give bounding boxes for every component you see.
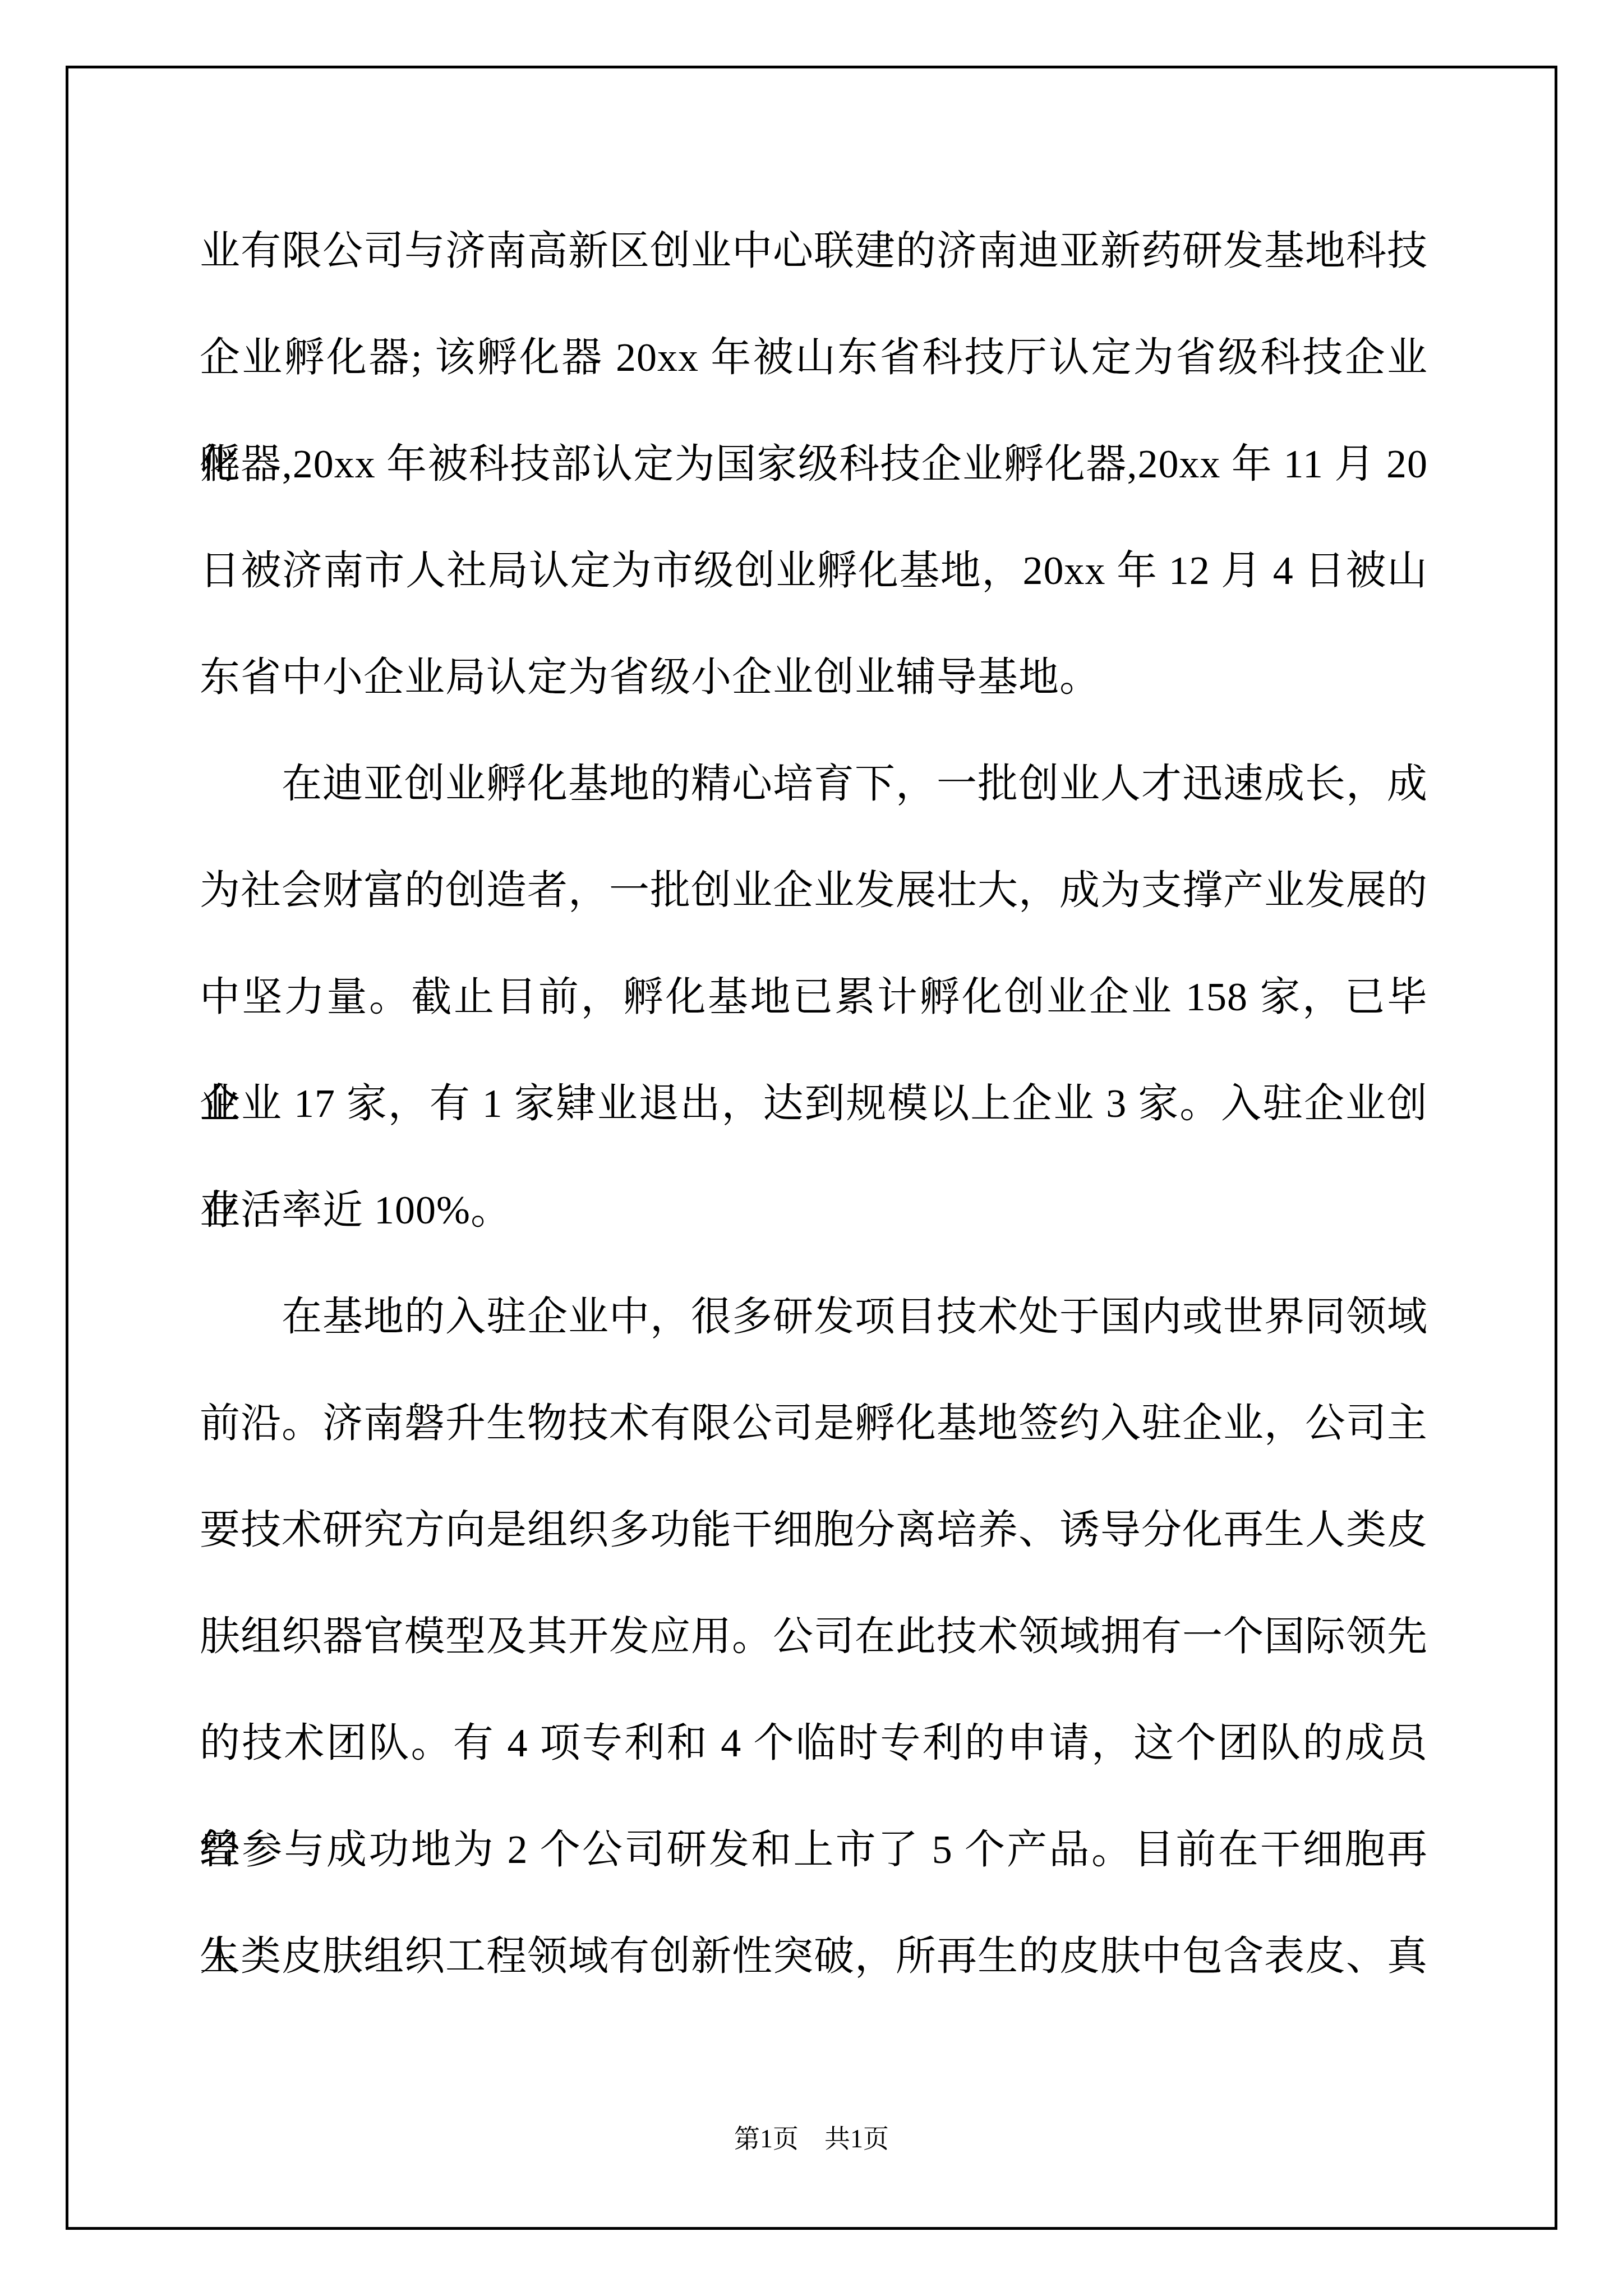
text-line: 东省中小企业局认定为省级小企业创业辅导基地。 (200, 624, 1428, 730)
text-line: 要技术研究方向是组织多功能干细胞分离培养、诱导分化再生人类皮 (200, 1476, 1428, 1583)
text-line: 日被济南市人社局认定为市级创业孵化基地，20xx 年 12 月 4 日被山 (200, 517, 1428, 624)
text-line: 业有限公司与济南高新区创业中心联建的济南迪亚新药研发基地科技 (200, 197, 1428, 304)
text-line: 前沿。济南磐升生物技术有限公司是孵化基地签约入驻企业，公司主 (200, 1370, 1428, 1476)
footer-page-total: 共1页 (824, 2124, 889, 2153)
document-page: 业有限公司与济南高新区创业中心联建的济南迪亚新药研发基地科技企业孵化器; 该孵化… (0, 0, 1623, 2296)
document-body-text: 业有限公司与济南高新区创业中心联建的济南迪亚新药研发基地科技企业孵化器; 该孵化… (200, 197, 1428, 2009)
page-footer: 第1页共1页 (66, 2119, 1557, 2159)
text-line: 化器,20xx 年被科技部认定为国家级科技企业孵化器,20xx 年 11 月 2… (200, 411, 1428, 517)
footer-page-number: 第1页 (734, 2124, 799, 2153)
text-line: 的技术团队。有 4 项专利和 4 个临时专利的申请，这个团队的成员曾 (200, 1690, 1428, 1796)
text-line: 存活率近 100%。 (200, 1157, 1428, 1263)
text-line: 人类皮肤组织工程领域有创新性突破，所再生的皮肤中包含表皮、真 (200, 1903, 1428, 2009)
text-line: 在基地的入驻企业中，很多研发项目技术处于国内或世界同领域 (200, 1263, 1428, 1370)
text-line: 为社会财富的创造者，一批创业企业发展壮大，成为支撑产业发展的 (200, 837, 1428, 944)
text-line: 肤组织器官模型及其开发应用。公司在此技术领域拥有一个国际领先 (200, 1583, 1428, 1690)
text-line: 经参与成功地为 2 个公司研发和上市了 5 个产品。目前在干细胞再生 (200, 1796, 1428, 1903)
text-line: 企业孵化器; 该孵化器 20xx 年被山东省科技厅认定为省级科技企业孵 (200, 304, 1428, 411)
text-line: 在迪亚创业孵化基地的精心培育下，一批创业人才迅速成长，成 (200, 730, 1428, 837)
text-line: 企业 17 家，有 1 家肄业退出，达到规模以上企业 3 家。入驻企业创业 (200, 1050, 1428, 1157)
text-line: 中坚力量。截止目前，孵化基地已累计孵化创业企业 158 家，已毕业 (200, 944, 1428, 1050)
